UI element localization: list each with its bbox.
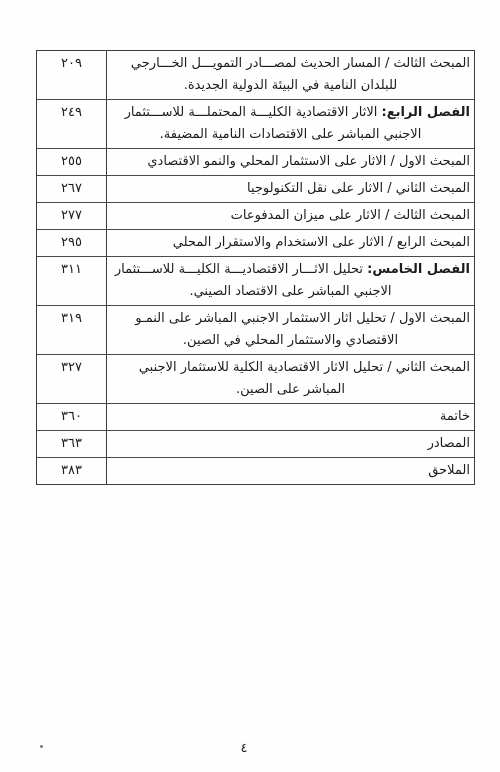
toc-entry-text: المبحث الثاني / الاثار على نقل التكنولوج…	[107, 176, 474, 202]
chapter-title-bold-prefix: الفصل الرابع:	[382, 105, 470, 120]
scanned-page: ٢٠٩المبحث الثالث / المسار الحديث لمصـــا…	[0, 0, 500, 772]
page-number-cell: ٢٩٥	[37, 230, 107, 256]
toc-entry-continuation-line: الاجنبي المباشر على الاقتصاد الصيني.	[111, 281, 470, 303]
toc-entry-text: المبحث الرابع / الاثار على الاستخدام وال…	[107, 230, 474, 256]
toc-entry-first-line: خاتمة	[111, 406, 470, 428]
page-number-cell: ٣١٩	[37, 306, 107, 354]
page-number: ٤	[0, 741, 488, 756]
toc-entry-first-line: المبحث الثالث / المسار الحديث لمصـــادر …	[111, 53, 470, 75]
toc-entry-continuation-line: المباشر على الصين.	[111, 379, 470, 401]
toc-entry-continuation-line: الاقتصادي والاستثمار المحلي في الصين.	[111, 330, 470, 352]
toc-table: ٢٠٩المبحث الثالث / المسار الحديث لمصـــا…	[36, 50, 475, 485]
toc-row: ٢٦٧المبحث الثاني / الاثار على نقل التكنو…	[37, 176, 474, 203]
toc-entry-text: المبحث الاول / تحليل اثار الاستثمار الاج…	[107, 306, 474, 354]
toc-entry-first-line: المبحث الاول / الاثار على الاستثمار المح…	[111, 151, 470, 173]
toc-row: ٣٦٠خاتمة	[37, 404, 474, 431]
page-number-cell: ٣٨٣	[37, 458, 107, 484]
ink-speck	[40, 745, 43, 748]
toc-entry-text: الملاحق	[107, 458, 474, 484]
toc-entry-first-line: المبحث الثالث / الاثار على ميزان المدفوع…	[111, 205, 470, 227]
toc-entry-first-line: المبحث الثاني / تحليل الاثار الاقتصادية …	[111, 357, 470, 379]
toc-entry-first-line: الملاحق	[111, 460, 470, 482]
toc-entry-first-line: الفصل الرابع: الاثار الاقتصادية الكليـــ…	[111, 102, 470, 124]
toc-row: ٢٩٥المبحث الرابع / الاثار على الاستخدام …	[37, 230, 474, 257]
toc-row: ٣١١الفصل الخامس: تحليل الاثـــار الاقتصا…	[37, 257, 474, 306]
page-number-cell: ٢٧٧	[37, 203, 107, 229]
toc-entry-first-line: المبحث الرابع / الاثار على الاستخدام وال…	[111, 232, 470, 254]
chapter-title-bold-prefix: الفصل الخامس:	[367, 262, 470, 277]
toc-row: ٣٢٧المبحث الثاني / تحليل الاثار الاقتصاد…	[37, 355, 474, 404]
toc-entry-continuation-line: للبلدان النامية في البيئة الدولية الجديد…	[111, 75, 470, 97]
toc-entry-text: المبحث الثالث / الاثار على ميزان المدفوع…	[107, 203, 474, 229]
toc-entry-text: الفصل الخامس: تحليل الاثـــار الاقتصاديـ…	[107, 257, 474, 305]
toc-entry-first-line: المصادر	[111, 433, 470, 455]
toc-row: ٢٠٩المبحث الثالث / المسار الحديث لمصـــا…	[37, 51, 474, 100]
toc-row: ٢٧٧المبحث الثالث / الاثار على ميزان المد…	[37, 203, 474, 230]
toc-entry-continuation-line: الاجنبي المباشر على الاقتصادات النامية ا…	[111, 124, 470, 146]
toc-entry-text: خاتمة	[107, 404, 474, 430]
toc-row: ٣٦٣المصادر	[37, 431, 474, 458]
page-number-cell: ٢٥٥	[37, 149, 107, 175]
toc-entry-text: الفصل الرابع: الاثار الاقتصادية الكليـــ…	[107, 100, 474, 148]
toc-entry-first-line: المبحث الثاني / الاثار على نقل التكنولوج…	[111, 178, 470, 200]
toc-entry-first-line: المبحث الاول / تحليل اثار الاستثمار الاج…	[111, 308, 470, 330]
page-number-cell: ٣٦٠	[37, 404, 107, 430]
toc-entry-first-line: الفصل الخامس: تحليل الاثـــار الاقتصاديـ…	[111, 259, 470, 281]
page-number-cell: ٢٦٧	[37, 176, 107, 202]
toc-row: ٢٥٥المبحث الاول / الاثار على الاستثمار ا…	[37, 149, 474, 176]
page-number-cell: ٣١١	[37, 257, 107, 305]
page-number-cell: ٢٠٩	[37, 51, 107, 99]
toc-entry-text: المبحث الثاني / تحليل الاثار الاقتصادية …	[107, 355, 474, 403]
toc-entry-text: المبحث الاول / الاثار على الاستثمار المح…	[107, 149, 474, 175]
page-number-cell: ٣٦٣	[37, 431, 107, 457]
page-number-cell: ٢٤٩	[37, 100, 107, 148]
toc-row: ٣١٩المبحث الاول / تحليل اثار الاستثمار ا…	[37, 306, 474, 355]
toc-row: ٣٨٣الملاحق	[37, 458, 474, 484]
page-number-cell: ٣٢٧	[37, 355, 107, 403]
toc-entry-text: المبحث الثالث / المسار الحديث لمصـــادر …	[107, 51, 474, 99]
toc-entry-text: المصادر	[107, 431, 474, 457]
toc-row: ٢٤٩الفصل الرابع: الاثار الاقتصادية الكلي…	[37, 100, 474, 149]
